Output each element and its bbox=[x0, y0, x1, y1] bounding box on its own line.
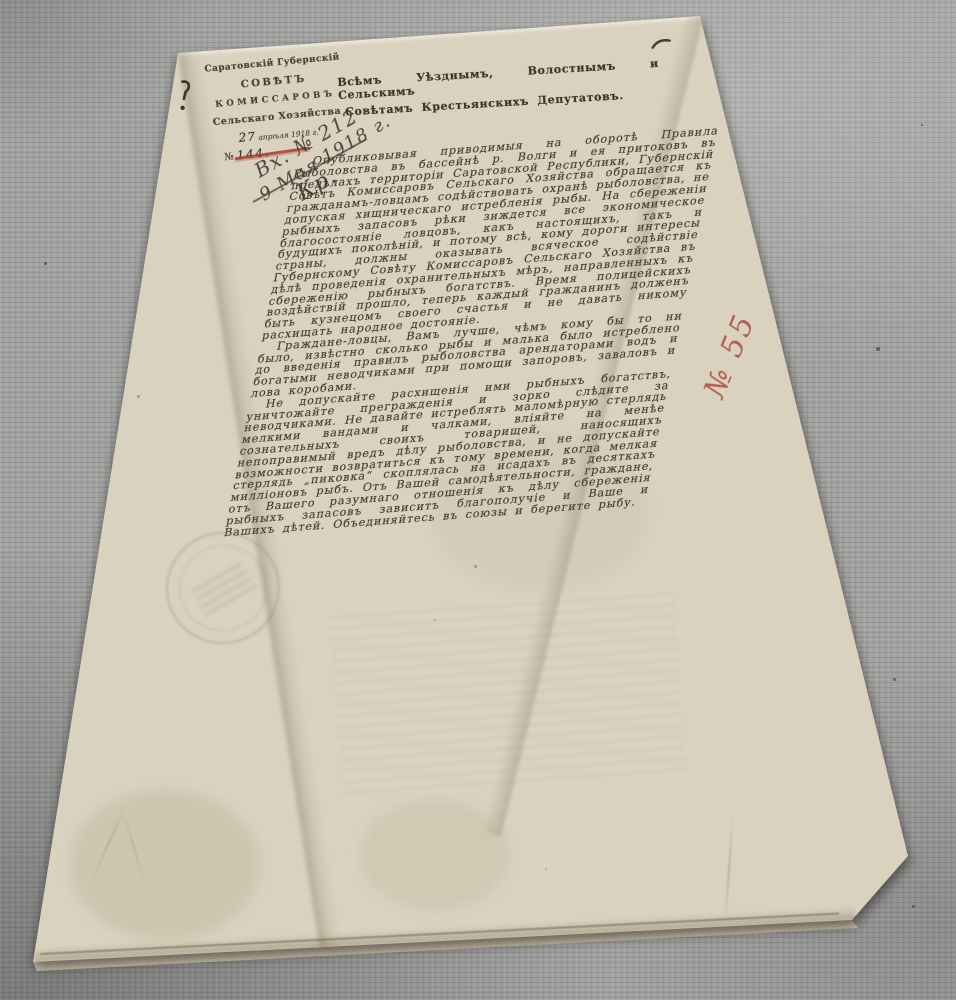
fold-crease bbox=[724, 815, 734, 925]
ink-mark-icon bbox=[175, 78, 194, 117]
handwritten-day: 27 bbox=[238, 129, 256, 145]
document-paper-wrap: Саратовскій Губернскій СОВѢТЪ КОМИССАРОВ… bbox=[0, 0, 956, 1000]
oval-stamp-icon bbox=[156, 521, 291, 654]
red-archival-number: № 55 bbox=[688, 284, 773, 427]
paper-speck bbox=[434, 619, 436, 621]
paper-speck bbox=[474, 565, 477, 568]
paper-top-edge-highlight bbox=[178, 14, 705, 56]
document-paper: Саратовскій Губернскій СОВѢТЪ КОМИССАРОВ… bbox=[0, 0, 956, 1000]
reverse-side-showthrough bbox=[329, 586, 686, 795]
photo-fabric-background: Саратовскій Губернскій СОВѢТЪ КОМИССАРОВ… bbox=[0, 0, 956, 1000]
ink-mark-icon bbox=[649, 34, 675, 52]
paper-speck bbox=[137, 395, 140, 398]
paper-stain bbox=[360, 800, 510, 910]
paper-speck bbox=[545, 868, 547, 870]
document-heading: Всѣмъ Уѣзднымъ, Волостнымъ и Сельскимъ С… bbox=[337, 57, 661, 119]
number-label: № bbox=[224, 151, 234, 163]
